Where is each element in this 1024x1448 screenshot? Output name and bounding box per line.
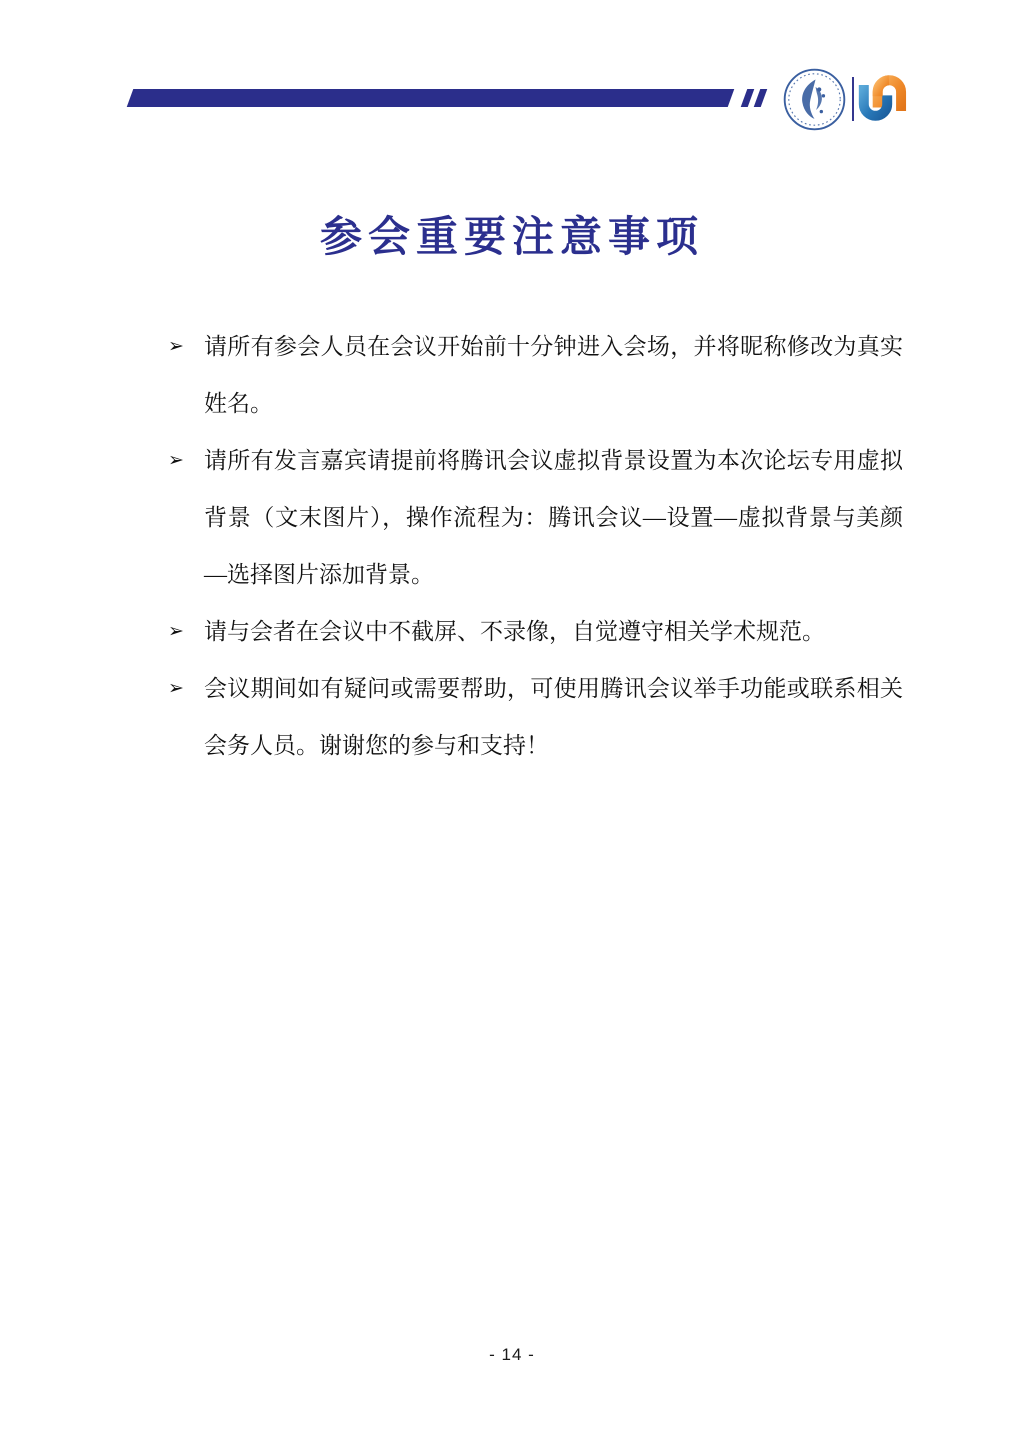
note-text: 请与会者在会议中不截屏、不录像，自觉遵守相关学术规范。 xyxy=(204,619,825,644)
page-title: 参会重要注意事项 xyxy=(0,204,1024,264)
document-page: 参会重要注意事项 ➢ 请所有参会人员在会议开始前十分钟进入会场，并将昵称修改为真… xyxy=(0,0,1024,1448)
header-stripe-icon xyxy=(754,89,768,107)
header-stripe-icon xyxy=(741,89,755,107)
notes-list: ➢ 请所有参会人员在会议开始前十分钟进入会场，并将昵称修改为真实姓名。 ➢ 请所… xyxy=(168,318,903,774)
list-item: ➢ 请与会者在会议中不截屏、不录像，自觉遵守相关学术规范。 xyxy=(168,603,903,660)
note-text: 请所有发言嘉宾请提前将腾讯会议虚拟背景设置为本次论坛专用虚拟背景（文末图片），操… xyxy=(204,448,903,587)
header-accent-bar xyxy=(127,89,735,107)
list-item: ➢ 请所有参会人员在会议开始前十分钟进入会场，并将昵称修改为真实姓名。 xyxy=(168,318,903,432)
logo-divider xyxy=(852,77,854,121)
note-text: 请所有参会人员在会议开始前十分钟进入会场，并将昵称修改为真实姓名。 xyxy=(204,334,903,416)
page-footer: - 14 - xyxy=(0,1345,1024,1365)
list-item: ➢ 请所有发言嘉宾请提前将腾讯会议虚拟背景设置为本次论坛专用虚拟背景（文末图片）… xyxy=(168,432,903,603)
list-item: ➢ 会议期间如有疑问或需要帮助，可使用腾讯会议举手功能或联系相关会务人员。谢谢您… xyxy=(168,660,903,774)
arrow-bullet-icon: ➢ xyxy=(168,603,184,660)
arrow-bullet-icon: ➢ xyxy=(168,660,184,717)
arrow-bullet-icon: ➢ xyxy=(168,318,184,375)
university-seal-icon xyxy=(783,68,846,131)
arrow-bullet-icon: ➢ xyxy=(168,432,184,489)
note-text: 会议期间如有疑问或需要帮助，可使用腾讯会议举手功能或联系相关会务人员。谢谢您的参… xyxy=(204,676,903,758)
page-number: - 14 - xyxy=(489,1345,535,1364)
forum-logo-icon xyxy=(856,68,908,128)
